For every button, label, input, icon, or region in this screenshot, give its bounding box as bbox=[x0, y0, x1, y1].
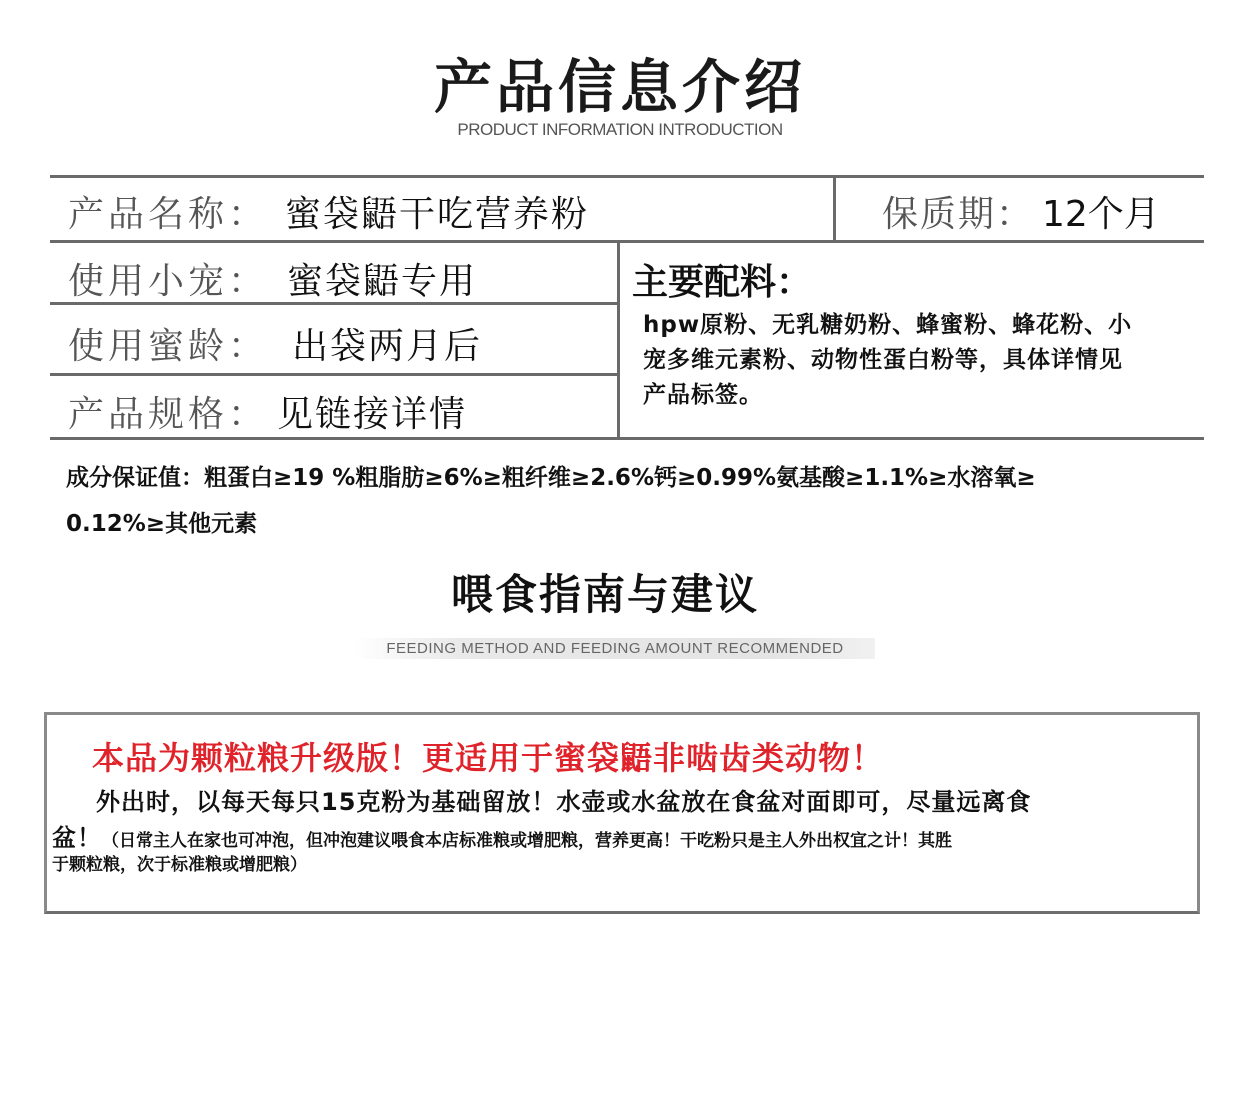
ingredients-line: hpw原粉、无乳糖奶粉、蜂蜜粉、蜂花粉、小 bbox=[643, 308, 1213, 343]
page-subtitle: PRODUCT INFORMATION INTRODUCTION bbox=[0, 120, 1240, 140]
feeding-subtitle: FEEDING METHOD AND FEEDING AMOUNT RECOMM… bbox=[355, 638, 875, 659]
pet-label: 使用小宠： bbox=[68, 253, 268, 304]
table-line-bottom bbox=[50, 437, 1204, 440]
ingredients-line: 宠多维元素粉、动物性蛋白粉等，具体详情见 bbox=[643, 343, 1213, 378]
age-value: 出袋两月后 bbox=[292, 318, 482, 369]
feeding-instruction-line1: 外出时，以每天每只15克粉为基础留放！水壶或水盆放在食盆对面即可，尽量远离食 bbox=[96, 782, 1031, 817]
spec-label: 产品规格： bbox=[68, 386, 268, 437]
age-label: 使用蜜龄： bbox=[68, 318, 268, 369]
guarantee-line: 0.12%≥其他元素 bbox=[66, 501, 1206, 547]
pet-value: 蜜袋鼯专用 bbox=[287, 253, 477, 304]
product-name-label: 产品名称： bbox=[68, 186, 268, 237]
table-line-row1 bbox=[50, 240, 1204, 243]
guarantee-line: 成分保证值：粗蛋白≥19 %粗脂肪≥6%≥粗纤维≥2.6%钙≥0.99%氨基酸≥… bbox=[66, 455, 1206, 501]
table-divider-shelf bbox=[833, 175, 836, 243]
table-line-row3 bbox=[50, 373, 620, 376]
feeding-instruction-line3: 于颗粒粮，次于标准粮或增肥粮） bbox=[52, 850, 307, 875]
feeding-instruction-line2: 盆！（日常主人在家也可冲泡，但冲泡建议喂食本店标准粮或增肥粮，营养更高！干吃粉只… bbox=[52, 818, 952, 853]
page-title: 产品信息介绍 bbox=[0, 40, 1240, 124]
shelf-life-value: 12个月 bbox=[1042, 186, 1160, 237]
shelf-life-label: 保质期： bbox=[882, 186, 1034, 237]
feeding-instruction-remark: （日常主人在家也可冲泡，但冲泡建议喂食本店标准粮或增肥粮，营养更高！干吃粉只是主… bbox=[102, 831, 952, 851]
table-divider-ingredients bbox=[617, 242, 620, 440]
spec-value: 见链接详情 bbox=[277, 386, 467, 437]
upgrade-highlight: 本品为颗粒粮升级版！更适用于蜜袋鼯非啮齿类动物！ bbox=[92, 733, 884, 779]
feeding-title: 喂食指南与建议 bbox=[0, 562, 1210, 622]
feeding-instruction-bowl: 盆！ bbox=[52, 824, 102, 852]
guaranteed-analysis: 成分保证值：粗蛋白≥19 %粗脂肪≥6%≥粗纤维≥2.6%钙≥0.99%氨基酸≥… bbox=[66, 455, 1206, 547]
table-line-top bbox=[50, 175, 1204, 178]
product-name-value: 蜜袋鼯干吃营养粉 bbox=[285, 186, 589, 237]
ingredients-line: 产品标签。 bbox=[643, 378, 1213, 413]
ingredients-title: 主要配料： bbox=[632, 254, 812, 305]
ingredients-text: hpw原粉、无乳糖奶粉、蜂蜜粉、蜂花粉、小 宠多维元素粉、动物性蛋白粉等，具体详… bbox=[643, 308, 1213, 413]
